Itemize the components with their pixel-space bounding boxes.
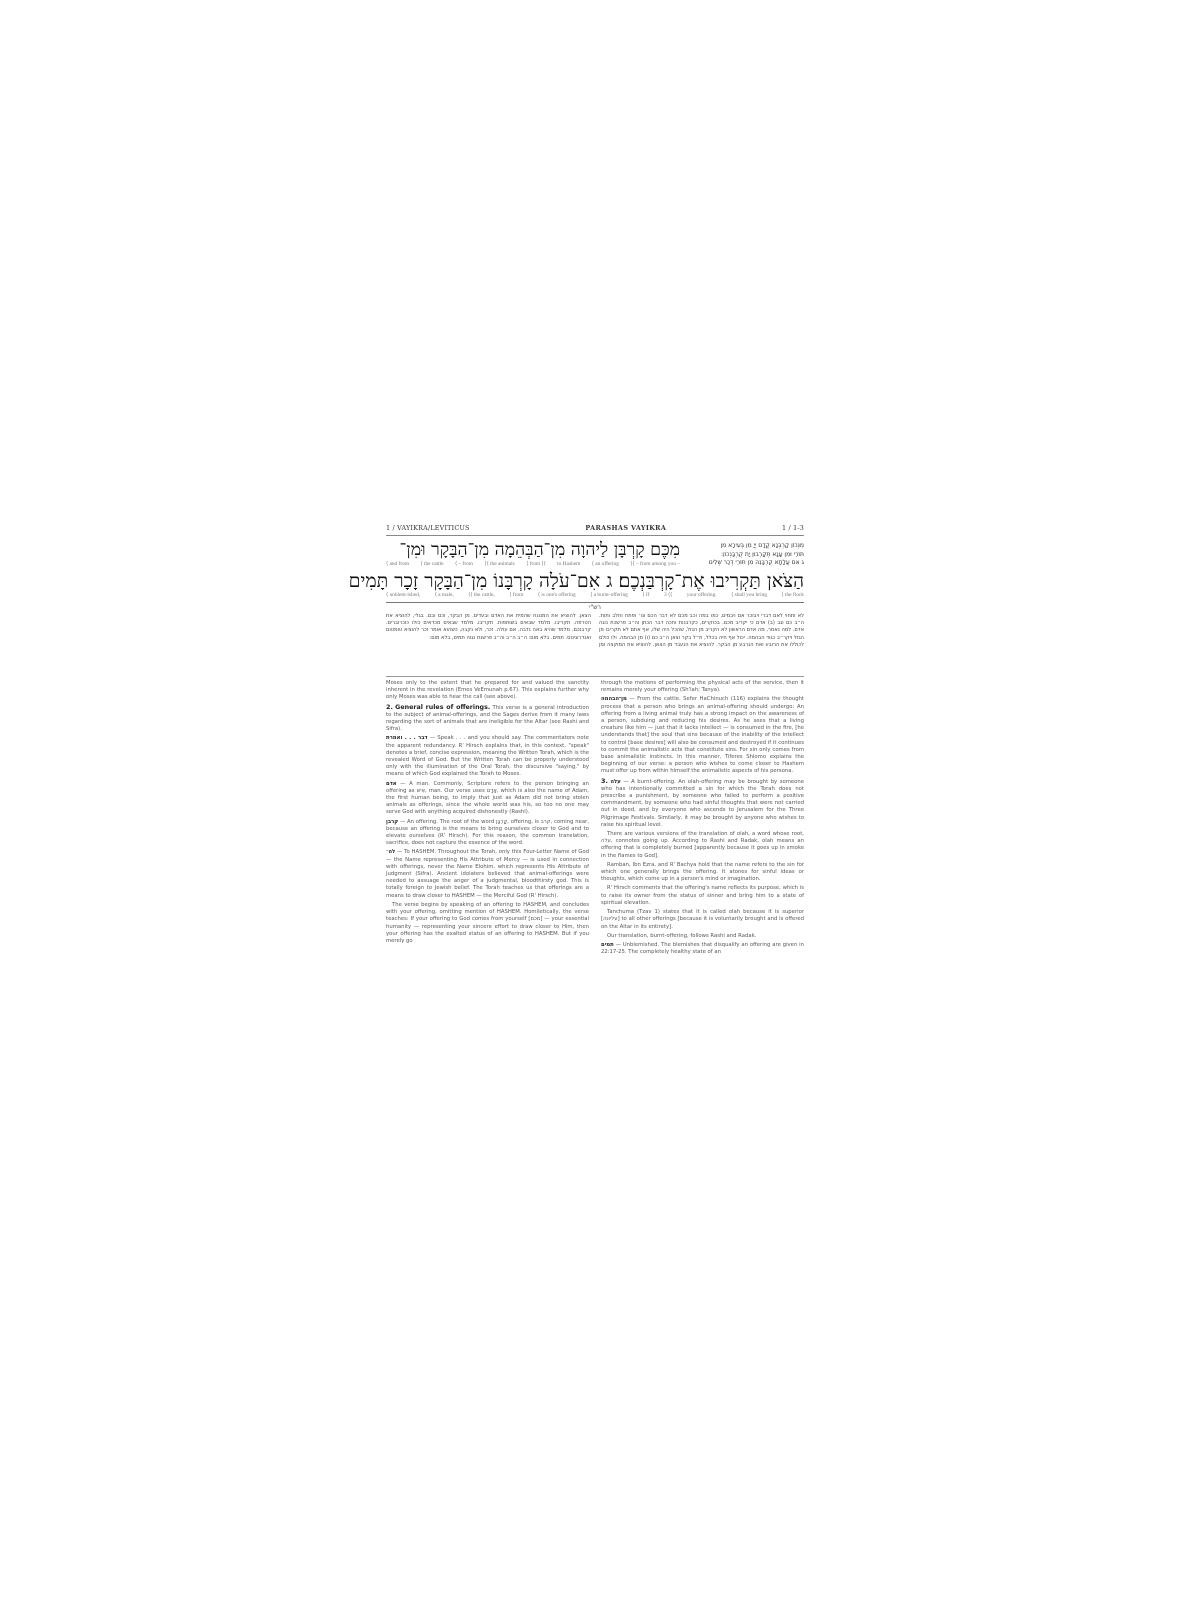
commentary-paragraph: 2. General rules of offerings. This vers… (386, 704, 589, 734)
header-parashah: PARASHAS VAYIKRA (585, 524, 666, 532)
commentary-column-left: Moses only to the extent that he prepare… (386, 680, 589, 958)
commentary-paragraph: through the motions of performing the ph… (601, 680, 804, 694)
commentary-paragraph: R' Hirsch comments that the offering's n… (601, 885, 804, 907)
hebrew-verse-2: הַצֹּאן תַּקְרִיבוּ אֶת־קָרְבַּנְכֶם׃ ג … (386, 571, 804, 599)
commentary-paragraph: Ramban, Ibn Ezra, and R' Bachya hold tha… (601, 862, 804, 884)
targum-onkelos: מִנְּכוֹן קָרְבְּנָא קֳדָם יְיָ מִן בְּע… (680, 542, 804, 571)
commentary-paragraph: The verse begins by speaking of an offer… (386, 902, 589, 945)
commentary-entry: קרבן — An offering. The root of the word… (386, 819, 589, 848)
running-header: 1 / VAYIKRA/LEVITICUS PARASHAS VAYIKRA 1… (386, 524, 804, 536)
book-page: 1 / VAYIKRA/LEVITICUS PARASHAS VAYIKRA 1… (386, 524, 804, 1070)
commentary-paragraph: Moses only to the extent that he prepare… (386, 680, 589, 702)
commentary-entry: תמים — Unblemished. The blemishes that d… (601, 942, 804, 956)
commentary-entry: מן־הבהמה — From the cattle. Sefer HaChin… (601, 696, 804, 775)
commentary-paragraph: There are various versions of the transl… (601, 831, 804, 860)
header-book-title: 1 / VAYIKRA/LEVITICUS (386, 524, 470, 532)
commentary-paragraph: Tanchuma (Tzav 1) states that it is call… (601, 909, 804, 931)
header-chapter-verse: 1 / 1-3 (782, 524, 804, 532)
english-commentary: Moses only to the extent that he prepare… (386, 680, 804, 958)
verse-block: מִכֶּם קָרְבָּן לַיהוָה מִן־הַבְּהֵמָה מ… (386, 540, 804, 571)
verse-line-2: הַצֹּאן תַּקְרִיבוּ אֶת־קָרְבַּנְכֶם׃ ג … (386, 571, 804, 591)
rashi-heading: רש"י (386, 604, 804, 611)
commentary-entry: לה׳ — To HASHEM. Throughout the Torah, o… (386, 849, 589, 899)
rashi-commentary: לא ותחוי לאם דברי ויבוכר אם ויבמים, כמו … (386, 613, 804, 671)
commentary-divider (386, 676, 804, 677)
commentary-entry: 3. עלה — A burnt-offering. An olah-offer… (601, 778, 804, 829)
commentary-entry: דבר . . . ואמרת — Speak . . . and you sh… (386, 735, 589, 778)
commentary-paragraph: Our translation, burnt-offering, follows… (601, 933, 804, 940)
commentary-column-right: through the motions of performing the ph… (601, 680, 804, 958)
section-divider (386, 602, 804, 603)
interlinear-gloss-2: ⟨ unblem-ished, ⟨ a male, ⟨⟨ the cattle,… (386, 592, 804, 599)
verse-line-1: מִכֶּם קָרְבָּן לַיהוָה מִן־הַבְּהֵמָה מ… (386, 540, 680, 560)
commentary-entry: אדם — A man. Commonly, Scripture refers … (386, 781, 589, 817)
interlinear-gloss-1: ⟨ and from ⟨ the cattle ⟨ – from ⟨⟨ the … (386, 561, 680, 568)
hebrew-verse: מִכֶּם קָרְבָּן לַיהוָה מִן־הַבְּהֵמָה מ… (386, 540, 680, 571)
